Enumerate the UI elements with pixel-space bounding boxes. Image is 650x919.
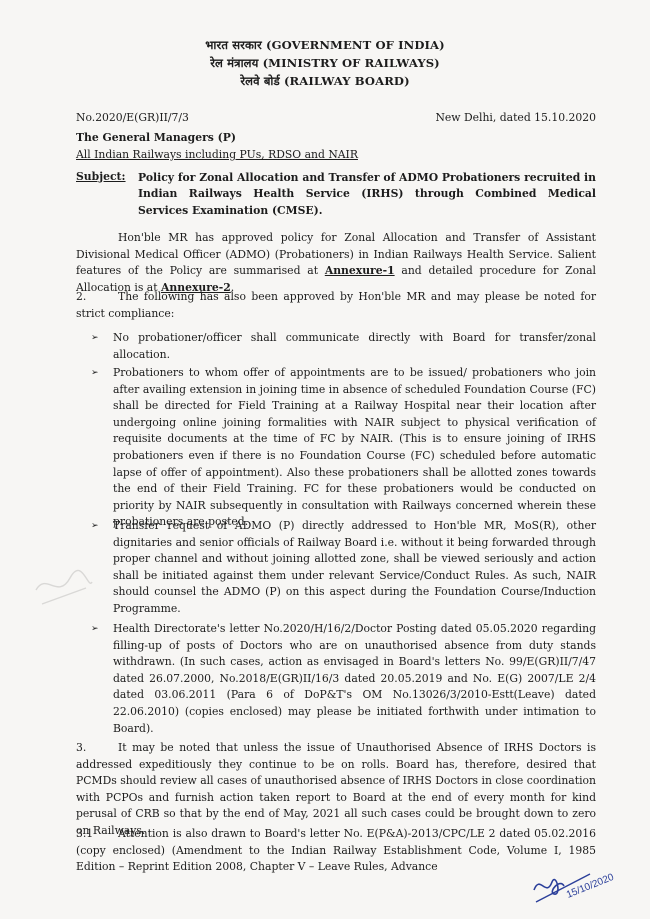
document-page: भारत सरकार (GOVERNMENT OF INDIA) रेल मंत… xyxy=(0,0,650,919)
paragraph-3-1-number: 3.1 xyxy=(76,826,118,843)
header-ministry: रेल मंत्रालय (MINISTRY OF RAILWAYS) xyxy=(0,56,650,71)
paragraph-3-1: 3.1Attention is also drawn to Board's le… xyxy=(76,826,596,876)
arrow-bullet-icon: ➢ xyxy=(91,518,99,535)
paragraph-3-text: It may be noted that unless the issue of… xyxy=(76,741,596,837)
bullet-text: Health Directorate's letter No.2020/H/16… xyxy=(113,622,596,735)
handwritten-signature: 15/10/2020 xyxy=(530,868,630,908)
paragraph-2-text: The following has also been approved by … xyxy=(76,290,596,320)
svg-text:15/10/2020: 15/10/2020 xyxy=(565,872,616,901)
addressee-title: The General Managers (P) xyxy=(76,131,236,144)
faint-stamp-mark xyxy=(28,560,98,620)
paragraph-2: 2.The following has also been approved b… xyxy=(76,289,596,322)
signature-scribble-icon: 15/10/2020 xyxy=(530,868,630,908)
paragraph-2-number: 2. xyxy=(76,289,118,306)
paragraph-3-number: 3. xyxy=(76,740,118,757)
arrow-bullet-icon: ➢ xyxy=(91,365,99,382)
paragraph-3: 3.It may be noted that unless the issue … xyxy=(76,740,596,840)
header-board: रेलवे बोर्ड (RAILWAY BOARD) xyxy=(0,74,650,89)
bullet-text: No probationer/officer shall communicate… xyxy=(113,331,596,361)
bullet-text: Transfer request of ADMO (P) directly ad… xyxy=(113,519,596,615)
bullet-item: ➢ Health Directorate's letter No.2020/H/… xyxy=(113,621,596,737)
arrow-bullet-icon: ➢ xyxy=(91,330,99,347)
arrow-bullet-icon: ➢ xyxy=(91,621,99,638)
subject-text: Policy for Zonal Allocation and Transfer… xyxy=(138,170,596,219)
reference-number: No.2020/E(GR)II/7/3 xyxy=(76,111,189,124)
bullet-item: ➢ Probationers to whom offer of appointm… xyxy=(113,365,596,531)
reference-date: New Delhi, dated 15.10.2020 xyxy=(435,111,596,124)
subject-label: Subject: xyxy=(76,170,126,183)
annexure-1-link[interactable]: Annexure-1 xyxy=(325,264,395,277)
header-government: भारत सरकार (GOVERNMENT OF INDIA) xyxy=(0,38,650,53)
paragraph-3-1-text: Attention is also drawn to Board's lette… xyxy=(76,827,596,873)
addressee-scope: All Indian Railways including PUs, RDSO … xyxy=(76,148,358,161)
bullet-item: ➢ Transfer request of ADMO (P) directly … xyxy=(113,518,596,618)
bullet-text: Probationers to whom offer of appointmen… xyxy=(113,366,596,528)
bullet-item: ➢ No probationer/officer shall communica… xyxy=(113,330,596,363)
paragraph-1: Hon'ble MR has approved policy for Zonal… xyxy=(76,230,596,296)
reference-line: No.2020/E(GR)II/7/3 New Delhi, dated 15.… xyxy=(76,111,596,124)
